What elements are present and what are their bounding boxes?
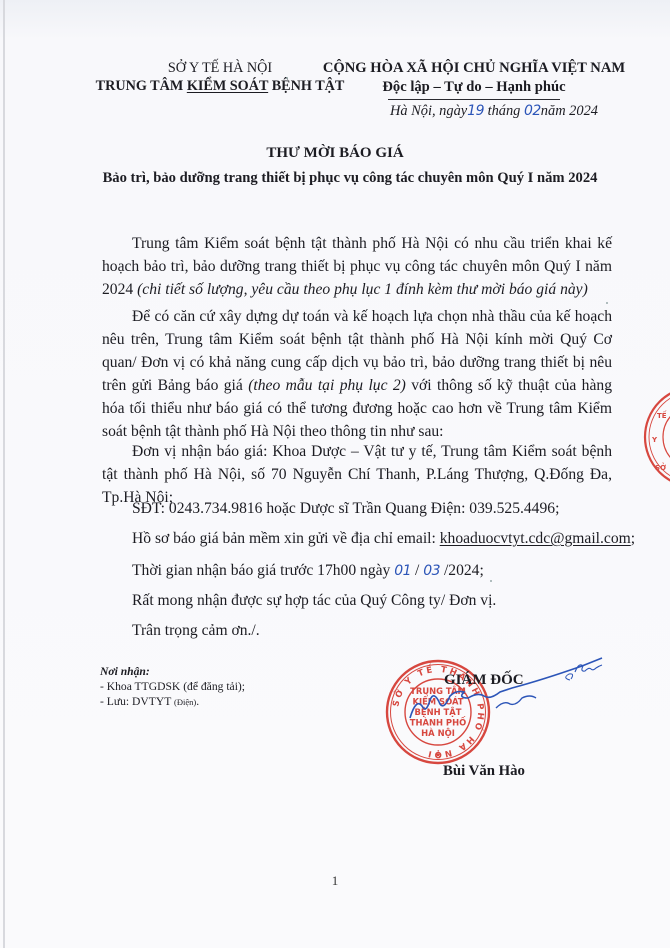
national-motto: Độc lập – Tự do – Hạnh phúc — [318, 79, 630, 96]
email-label: Hồ sơ báo giá bản mềm xin gửi về địa chỉ… — [132, 530, 440, 547]
email-link[interactable]: khoaduocvtyt.cdc@gmail.com — [440, 530, 631, 547]
deadline-line: Thời gian nhận báo giá trước 17h00 ngày … — [132, 562, 484, 580]
paragraph-intro: Trung tâm Kiểm soát bệnh tật thành phố H… — [102, 232, 612, 301]
document-title: THƯ MỜI BÁO GIÁ — [0, 145, 670, 162]
deadline-day-handwritten: 01 — [394, 563, 411, 579]
date-month-handwritten: 02 — [524, 103, 541, 119]
document-page: SỞ Y TẾ HÀ NỘI TRUNG TÂM KIỂM SOÁT BỆNH … — [0, 0, 670, 948]
svg-text:Y: Y — [651, 436, 658, 444]
recipients-title: Nơi nhận: — [100, 665, 150, 678]
paragraph-recipient-unit: Đơn vị nhận báo giá: Khoa Dược – Vật tư … — [102, 440, 612, 509]
scan-edge — [3, 0, 5, 948]
motto-underline — [388, 99, 560, 100]
recipient-item-note: (Điện) — [174, 697, 196, 707]
closing-line-2: Trân trọng cảm ơn./. — [132, 622, 260, 640]
svg-text:★: ★ — [435, 751, 441, 759]
scan-speck — [606, 302, 608, 304]
deadline-label: Thời gian nhận báo giá trước 17h00 ngày — [132, 562, 394, 579]
dateline: Hà Nội, ngày19 tháng 02năm 2024 — [390, 103, 598, 120]
paragraph-invitation-note: (theo mẫu tại phụ lục 2) — [248, 377, 406, 394]
national-title: CỘNG HÒA XÃ HỘI CHỦ NGHĨA VIỆT NAM — [318, 60, 630, 77]
recipient-item: - Khoa TTGDSK (để đăng tải); — [100, 680, 245, 693]
deadline-year: /2024; — [440, 562, 484, 579]
recipient-item: - Lưu: DVTYT (Điện). — [100, 695, 199, 708]
email-line: Hồ sơ báo giá bản mềm xin gửi về địa chỉ… — [132, 530, 635, 548]
date-day-handwritten: 19 — [467, 103, 484, 119]
date-month-label: tháng — [484, 103, 524, 119]
recipient-item-text: - Lưu: DVTYT — [100, 695, 174, 708]
ministry-name: SỞ Y TẾ HÀ NỘI — [90, 60, 350, 77]
svg-text:SỞ: SỞ — [655, 462, 666, 472]
deadline-month-handwritten: 03 — [423, 563, 440, 579]
signer-name: Bùi Văn Hào — [443, 763, 525, 780]
document-subtitle: Bảo trì, bảo dưỡng trang thiết bị phục v… — [0, 170, 670, 187]
partial-stamp-icon: Y TẾ SỞ — [640, 382, 670, 492]
page-number: 1 — [0, 873, 670, 889]
closing-line-1: Rất mong nhận được sự hợp tác của Quý Cô… — [132, 592, 496, 610]
org-underlined: KIỂM SOÁT — [187, 78, 268, 94]
svg-text:TẾ: TẾ — [657, 410, 667, 420]
date-prefix: Hà Nội, ngày — [390, 103, 467, 119]
scan-speck — [490, 580, 492, 582]
signature-icon — [400, 650, 610, 730]
deadline-separator: / — [411, 562, 423, 579]
paragraph-invitation: Để có căn cứ xây dựng dự toán và kế hoạc… — [102, 305, 612, 443]
phone-line: SĐT: 0243.734.9816 hoặc Dược sĩ Trần Qua… — [132, 500, 559, 518]
date-year: năm 2024 — [541, 103, 598, 119]
email-suffix: ; — [631, 530, 635, 547]
paragraph-intro-note: (chi tiết số lượng, yêu cầu theo phụ lục… — [137, 281, 588, 298]
recipient-item-end: . — [196, 695, 199, 708]
org-prefix: TRUNG TÂM — [96, 78, 187, 94]
scan-speck — [286, 77, 288, 79]
